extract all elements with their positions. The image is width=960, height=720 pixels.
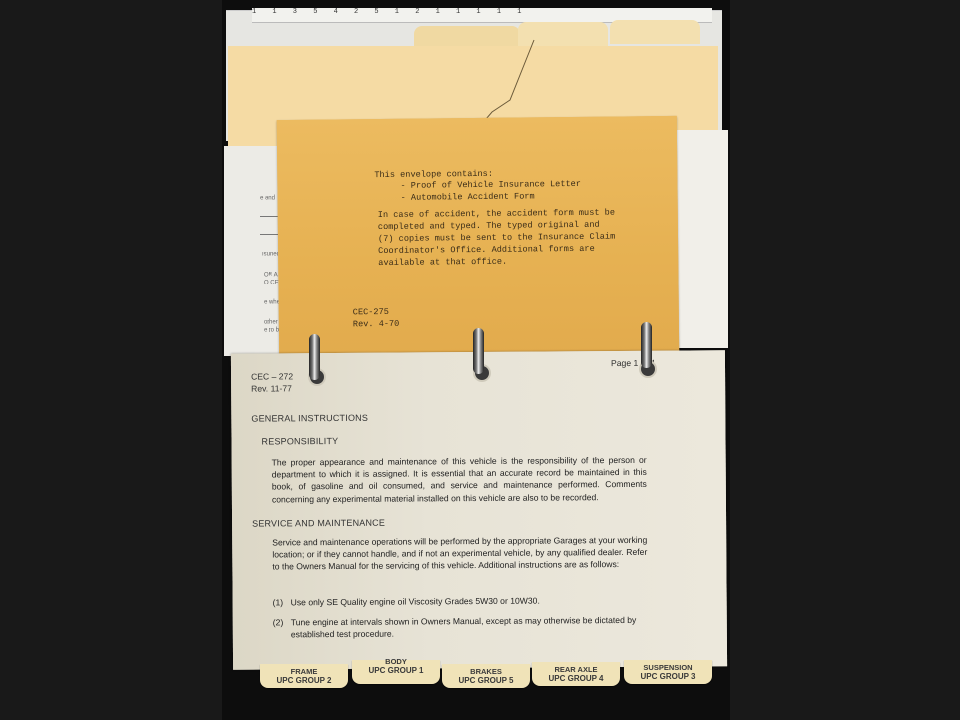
binder-ring [473, 328, 484, 374]
binder-ring [641, 322, 652, 368]
heading-service-maintenance: SERVICE AND MAINTENANCE [252, 517, 385, 530]
index-tab-frame[interactable]: FRAME UPC GROUP 2 [260, 664, 348, 688]
index-tab-suspension[interactable]: SUSPENSION UPC GROUP 3 [624, 660, 712, 684]
envelope-instructions: In case of accident, the accident form m… [378, 206, 639, 269]
binder-photo: 1 1 3 5 4 2 5 1 2 1 1 1 1 1 pue ə pǝunsı… [222, 0, 730, 720]
page-form-code: CEC – 272 Rev. 11-77 [251, 370, 293, 395]
insurance-envelope: This envelope contains: - Proof of Vehic… [277, 116, 679, 358]
instruction-item: (1)Use only SE Quality engine oil Viscos… [273, 594, 653, 609]
heading-general-instructions: GENERAL INSTRUCTIONS [251, 412, 368, 425]
binder-ring [309, 334, 320, 380]
index-tab-rear-axle[interactable]: REAR AXLE UPC GROUP 4 [532, 662, 620, 686]
envelope-form-code: CEC-275 Rev. 4-70 [353, 306, 400, 330]
envelope-contents: - Proof of Vehicle Insurance Letter - Au… [400, 178, 581, 204]
heading-responsibility: RESPONSIBILITY [261, 435, 338, 448]
service-text: Service and maintenance operations will … [272, 534, 647, 573]
index-tab-brakes[interactable]: BRAKES UPC GROUP 5 [442, 664, 530, 688]
index-tab-body[interactable]: BODY UPC GROUP 1 [352, 660, 440, 684]
instruction-page: CEC – 272 Rev. 11-77 Page 1 of 4 GENERAL… [231, 350, 727, 669]
responsibility-text: The proper appearance and maintenance of… [272, 454, 647, 505]
instruction-item: (2)Tune engine at intervals shown in Own… [273, 614, 653, 641]
